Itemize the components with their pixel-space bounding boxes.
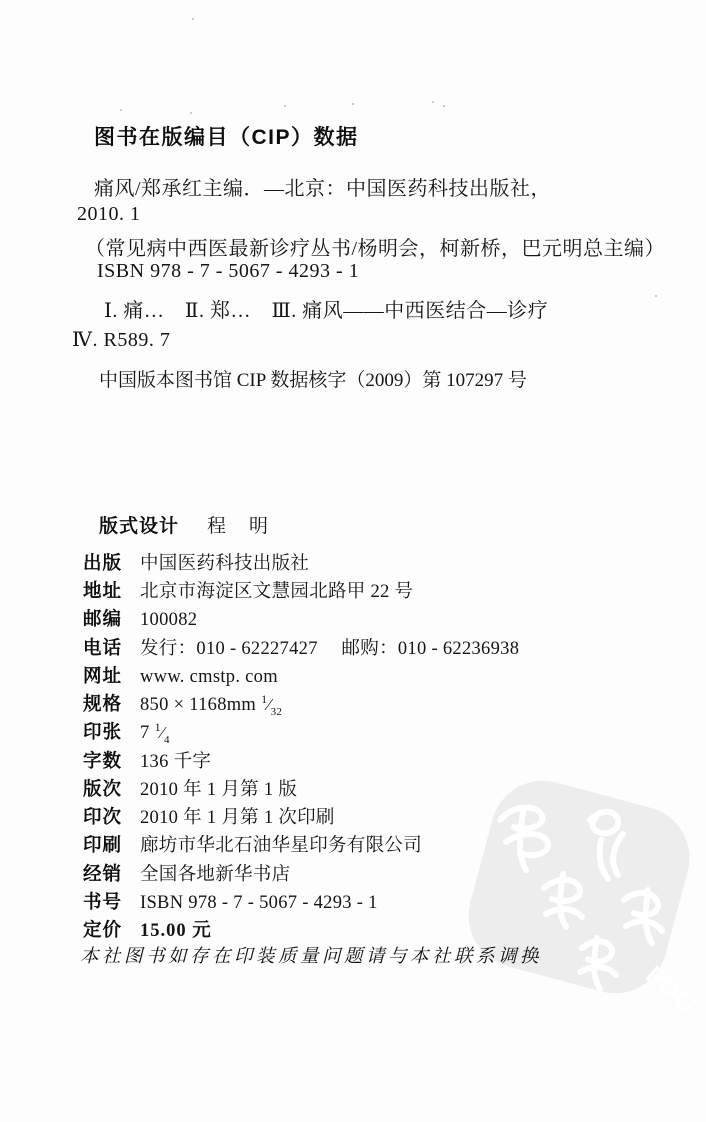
pub-info-row-printer: 印刷 廊坊市华北石油华星印务有限公司 bbox=[83, 831, 422, 857]
quality-note: 本社图书如存在印装质量问题请与本社联系调换 bbox=[80, 942, 542, 968]
cip-year-line: 2010. 1 bbox=[77, 203, 141, 226]
row-label: 定价 bbox=[83, 916, 140, 942]
sheets-number: 7 bbox=[140, 723, 150, 743]
pub-info-row-wordcount: 字数 136 千字 bbox=[83, 747, 211, 773]
row-label: 版次 bbox=[83, 775, 140, 801]
cip-isbn-line: ISBN 978 - 7 - 5067 - 4293 - 1 bbox=[97, 260, 359, 283]
row-value: www. cmstp. com bbox=[140, 667, 278, 688]
design-credit-row: 版式设计程 明 bbox=[83, 493, 270, 556]
format-fraction: 1⁄32 bbox=[256, 695, 282, 715]
pub-info-row-impression: 印次 2010 年 1 月第 1 次印刷 bbox=[83, 803, 335, 829]
row-label: 邮编 bbox=[83, 605, 140, 631]
fraction-denominator: 4 bbox=[164, 734, 170, 746]
row-label: 电话 bbox=[83, 634, 140, 660]
row-label: 印刷 bbox=[83, 831, 140, 857]
scan-speck bbox=[120, 109, 122, 111]
row-value: 发行：010 - 62227427 邮购：010 - 62236938 bbox=[140, 634, 519, 660]
row-value: 北京市海淀区文慧园北路甲 22 号 bbox=[140, 577, 413, 603]
cip-series-line: （常见病中西医最新诊疗丛书/杨明会，柯新桥，巴元明总主编） bbox=[85, 232, 665, 261]
pub-info-row-address: 地址 北京市海淀区文慧园北路甲 22 号 bbox=[83, 577, 413, 603]
row-value: 全国各地新华书店 bbox=[140, 860, 290, 886]
row-value: 100082 bbox=[140, 610, 197, 631]
sheets-fraction: 1⁄4 bbox=[150, 723, 170, 743]
format-size: 850 × 1168mm bbox=[140, 695, 256, 715]
pub-info-row-format: 规格 850 × 1168mm1⁄32 bbox=[83, 690, 282, 718]
row-value: 2010 年 1 月第 1 次印刷 bbox=[140, 803, 335, 829]
design-credit-value: 程 明 bbox=[207, 516, 270, 537]
pub-info-row-price: 定价 15.00 元 bbox=[83, 916, 212, 942]
copyright-page: PDG 图书在版编目（CIP）数据 痛风/郑承红主编．—北京：中国医药科技出版社… bbox=[0, 0, 706, 1122]
row-label: 出版 bbox=[83, 549, 140, 575]
row-label: 字数 bbox=[83, 747, 140, 773]
scan-speck bbox=[352, 103, 354, 105]
pub-info-row-sheets: 印张 71⁄4 bbox=[83, 718, 170, 746]
row-value: 850 × 1168mm1⁄32 bbox=[140, 692, 282, 718]
row-label: 印次 bbox=[83, 803, 140, 829]
row-value: 71⁄4 bbox=[140, 720, 170, 746]
cip-classification-line: Ⅰ. 痛… Ⅱ. 郑… Ⅲ. 痛风——中西医结合—诊疗 bbox=[104, 294, 548, 323]
pub-info-row-website: 网址 www. cmstp. com bbox=[83, 662, 278, 688]
scan-speck bbox=[432, 101, 434, 103]
cip-title-line: 痛风/郑承红主编．—北京：中国医药科技出版社， bbox=[94, 172, 551, 201]
pub-info-row-phone: 电话 发行：010 - 62227427 邮购：010 - 62236938 bbox=[83, 634, 519, 660]
scan-speck bbox=[192, 18, 194, 20]
scan-speck bbox=[284, 105, 286, 107]
row-label: 网址 bbox=[83, 662, 140, 688]
cip-record-line: 中国版本图书馆 CIP 数据核字（2009）第 107297 号 bbox=[99, 365, 527, 392]
cip-header: 图书在版编目（CIP）数据 bbox=[94, 121, 359, 151]
pub-info-row-isbn: 书号 ISBN 978 - 7 - 5067 - 4293 - 1 bbox=[83, 888, 378, 914]
pub-info-row-postcode: 邮编 100082 bbox=[83, 605, 197, 631]
row-value: 136 千字 bbox=[140, 747, 211, 773]
pub-info-row-edition: 版次 2010 年 1 月第 1 版 bbox=[83, 775, 297, 801]
design-credit-label: 版式设计 bbox=[99, 516, 179, 537]
row-value: 2010 年 1 月第 1 版 bbox=[140, 775, 297, 801]
watermark-seal: PDG bbox=[462, 778, 706, 1010]
watermark-seal-graphic: PDG bbox=[462, 778, 706, 1010]
cip-class-number-line: Ⅳ. R589. 7 bbox=[72, 327, 170, 352]
row-value: 中国医药科技出版社 bbox=[140, 549, 309, 575]
row-label: 经销 bbox=[83, 860, 140, 886]
row-value: ISBN 978 - 7 - 5067 - 4293 - 1 bbox=[140, 893, 378, 914]
row-value: 廊坊市华北石油华星印务有限公司 bbox=[140, 831, 422, 857]
pub-info-row-publisher: 出版 中国医药科技出版社 bbox=[83, 549, 309, 575]
scan-speck bbox=[443, 105, 445, 107]
fraction-denominator: 32 bbox=[271, 706, 283, 718]
row-label: 地址 bbox=[83, 577, 140, 603]
scan-speck bbox=[190, 112, 192, 114]
row-label: 印张 bbox=[83, 718, 140, 744]
scan-speck bbox=[655, 295, 657, 297]
row-label: 规格 bbox=[83, 690, 140, 716]
row-label: 书号 bbox=[83, 888, 140, 914]
pub-info-row-distributor: 经销 全国各地新华书店 bbox=[83, 860, 290, 886]
row-value: 15.00 元 bbox=[140, 916, 212, 942]
